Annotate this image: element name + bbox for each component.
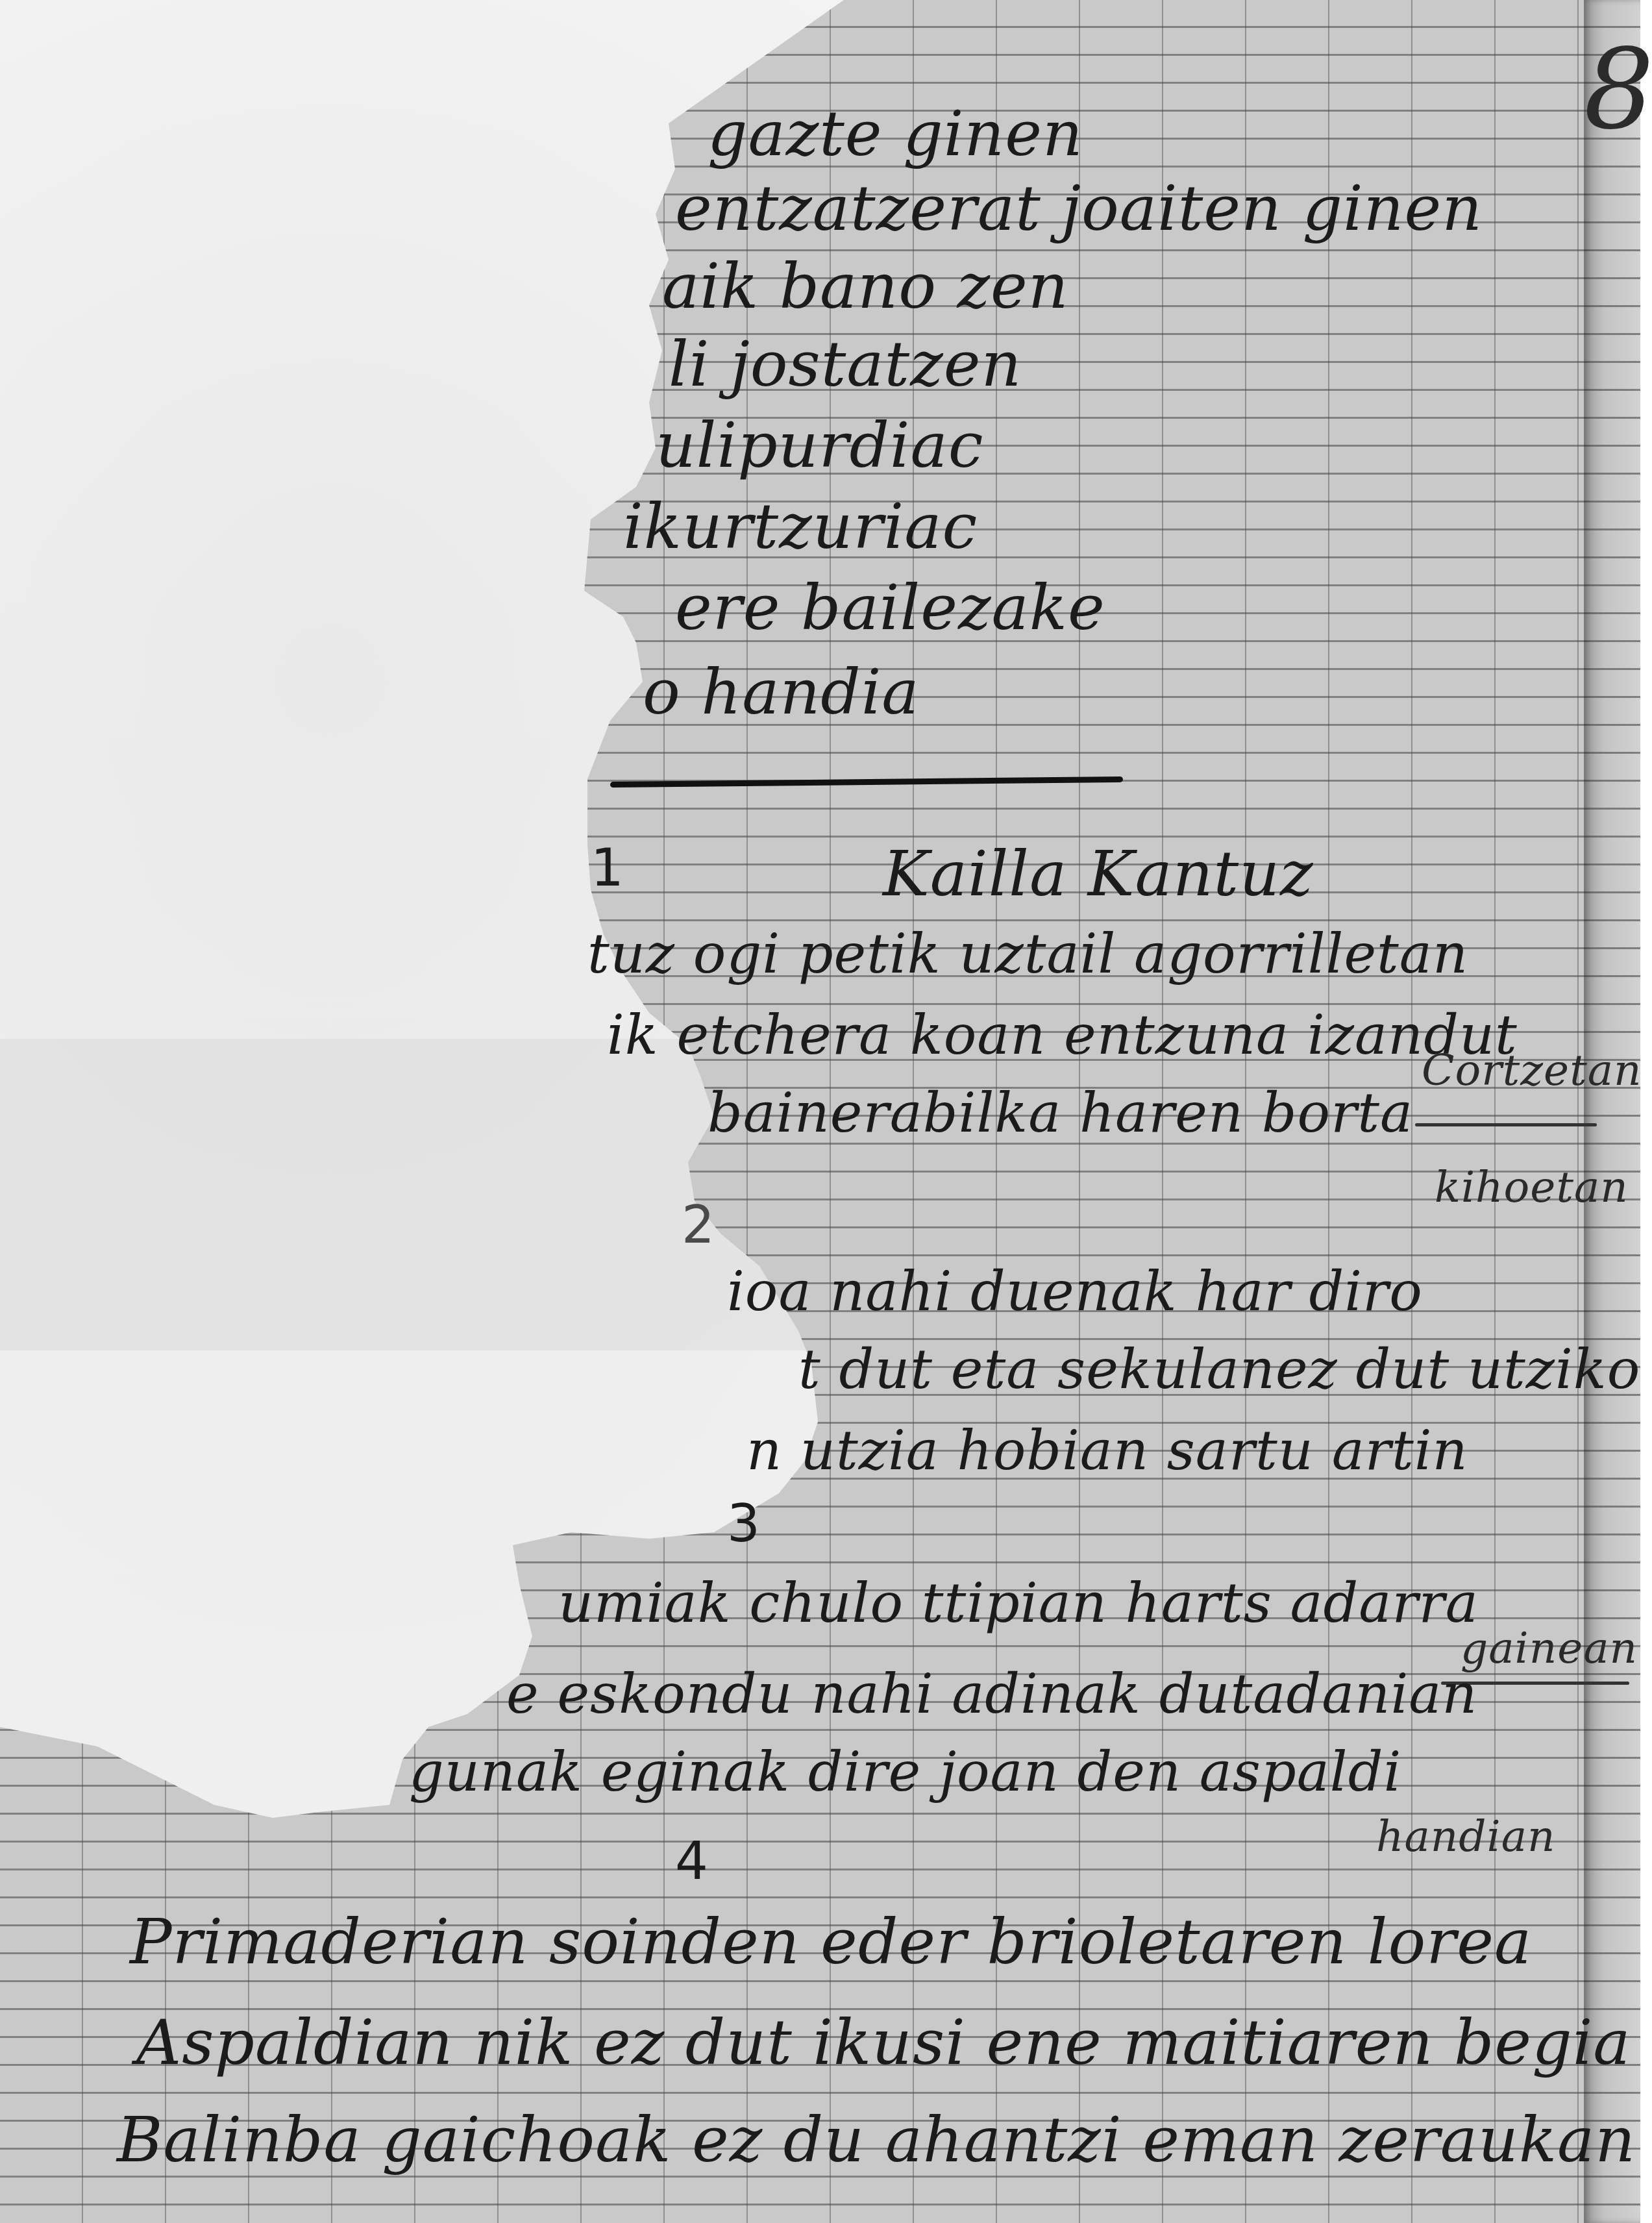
page-number: 8 bbox=[1584, 26, 1652, 155]
stanza-3-line-3: gunak eginak dire joan den aspaldi bbox=[409, 1740, 1401, 1804]
top-line-3: aik bano zen bbox=[662, 250, 1069, 323]
stanza-3-line-2: e eskondu nahi adinak dutadanian bbox=[506, 1662, 1477, 1726]
page-edge bbox=[1640, 0, 1652, 2223]
margin-note-cortzetan: Cortzetan bbox=[1422, 1045, 1642, 1095]
top-line-7: ere bailezake bbox=[675, 571, 1105, 644]
top-line-8: o handia bbox=[643, 656, 920, 728]
stanza-4-line-3: Balinba gaichoak ez du ahantzi eman zera… bbox=[117, 2104, 1652, 2176]
stanza-number-2: 2 bbox=[682, 1195, 715, 1255]
stanza-1-line-2: ik etchera koan entzuna izandut bbox=[607, 1003, 1518, 1067]
stanza-number-1: 1 bbox=[591, 838, 624, 898]
margin-note-gainean: gainean bbox=[1461, 1623, 1638, 1673]
stanza-1-line-1: tuz ogi petik uztail agorrilletan bbox=[587, 922, 1468, 986]
song-title: Kailla Kantuz bbox=[883, 838, 1314, 910]
top-line-5: ulipurdiac bbox=[656, 409, 984, 482]
stanza-2-line-2: t dut eta sekulanez dut utziko bbox=[798, 1337, 1640, 1401]
top-line-2: entzatzerat joaiten ginen bbox=[675, 172, 1483, 245]
top-line-4: li jostatzen bbox=[669, 328, 1022, 401]
stanza-3-line-1: umiak chulo ttipian harts adarra bbox=[558, 1571, 1479, 1635]
stanza-2-line-1: ioa nahi duenak har diro bbox=[727, 1260, 1423, 1323]
top-line-6: ikurtzuriac bbox=[623, 490, 978, 563]
margin-note-handian: handian bbox=[1376, 1811, 1556, 1861]
stanza-4-line-2: Aspaldian nik ez dut ikusi ene maitiaren… bbox=[136, 2006, 1631, 2079]
stanza-4-line-1: Primaderian soinden eder brioletaren lor… bbox=[130, 1906, 1532, 1978]
top-line-1: gazte ginen bbox=[708, 97, 1083, 170]
stanza-2-line-3: n utzia hobian sartu artin bbox=[746, 1419, 1468, 1482]
stanza-number-4: 4 bbox=[675, 1831, 709, 1891]
margin-note-kihoetan: kihoetan bbox=[1435, 1162, 1629, 1212]
correction-line bbox=[1415, 1123, 1597, 1126]
stanza-number-3: 3 bbox=[727, 1493, 761, 1554]
stanza-1-line-3: bainerabilka haren borta bbox=[708, 1081, 1413, 1145]
